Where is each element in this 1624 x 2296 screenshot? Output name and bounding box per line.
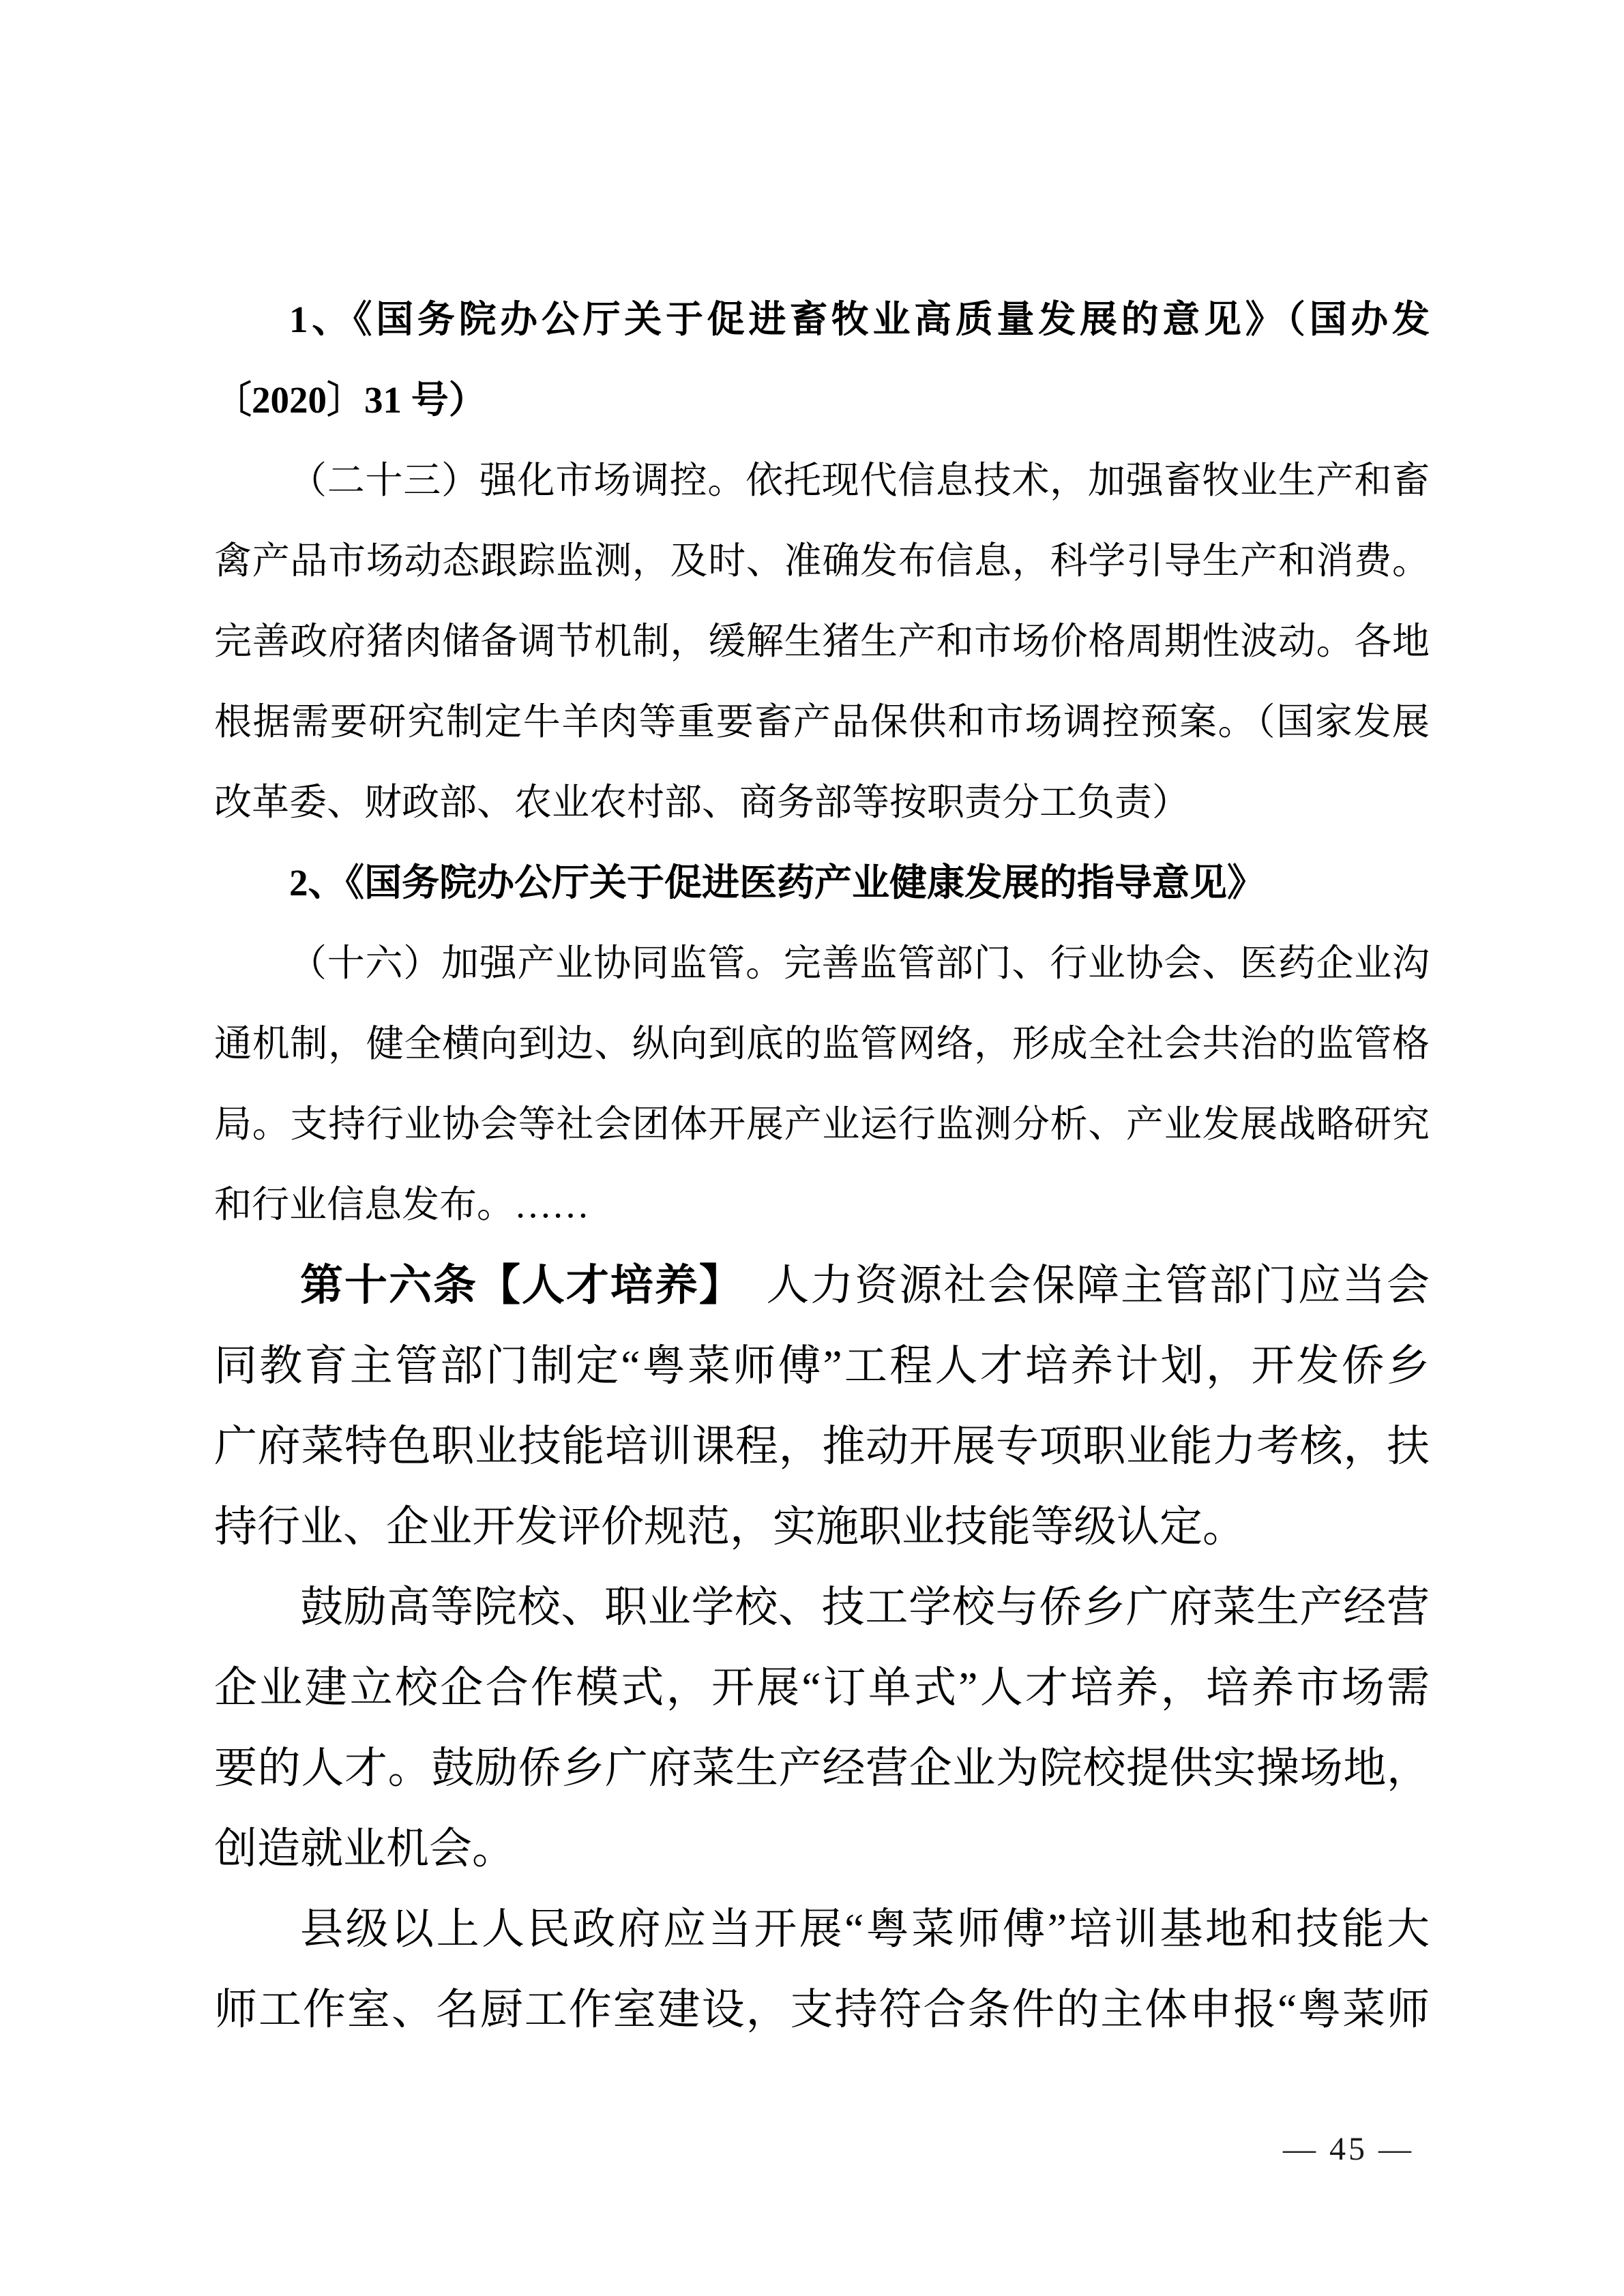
- page-number: — 45 —: [1283, 2129, 1414, 2170]
- text-line: （十六）加强产业协同监管。完善监管部门、行业协会、医药企业沟: [214, 923, 1430, 1004]
- text-line: 广府菜特色职业技能培训课程，推动开展专项职业能力考核，扶: [214, 1406, 1430, 1487]
- text-line: 〔2020〕31 号）: [214, 360, 1430, 441]
- quoted-title-1: 1、《国务院办公厅关于促进畜牧业高质量发展的意见》（国办发 〔2020〕31 号…: [214, 280, 1430, 441]
- text-line: 鼓励高等院校、职业学校、技工学校与侨乡广府菜生产经营: [214, 1567, 1430, 1648]
- quoted-body-2: （十六）加强产业协同监管。完善监管部门、行业协会、医药企业沟 通机制，健全横向到…: [214, 923, 1430, 1245]
- text-line: 第十六条【人才培养】 人力资源社会保障主管部门应当会: [214, 1245, 1430, 1326]
- text-line: 局。支持行业协会等社会团体开展产业运行监测分析、产业发展战略研究: [214, 1084, 1430, 1165]
- article-16-text: 人力资源社会保障主管部门应当会: [722, 1262, 1430, 1309]
- quoted-body-1: （二十三）强化市场调控。依托现代信息技术，加强畜牧业生产和畜 禽产品市场动态跟踪…: [214, 441, 1430, 843]
- text-line: 创造就业机会。: [214, 1808, 1430, 1889]
- article-16-clause: 第十六条【人才培养】 人力资源社会保障主管部门应当会 同教育主管部门制定“粤菜师…: [214, 1245, 1430, 1567]
- text-line: （二十三）强化市场调控。依托现代信息技术，加强畜牧业生产和畜: [214, 441, 1430, 521]
- text-line: 通机制，健全横向到边、纵向到底的监管网络，形成全社会共治的监管格: [214, 1004, 1430, 1084]
- text-line: 师工作室、名厨工作室建设，支持符合条件的主体申报“粤菜师: [214, 1969, 1430, 2050]
- text-line: 1、《国务院办公厅关于促进畜牧业高质量发展的意见》（国办发: [214, 280, 1430, 360]
- text-line: 企业建立校企合作模式，开展“订单式”人才培养，培养市场需: [214, 1648, 1430, 1728]
- text-line: 同教育主管部门制定“粤菜师傅”工程人才培养计划，开发侨乡: [214, 1326, 1430, 1406]
- document-page: 1、《国务院办公厅关于促进畜牧业高质量发展的意见》（国办发 〔2020〕31 号…: [0, 0, 1624, 2296]
- text-line: 根据需要研究制定牛羊肉等重要畜产品保供和市场调控预案。（国家发展: [214, 682, 1430, 762]
- text-line: 2、《国务院办公厅关于促进医药产业健康发展的指导意见》: [214, 843, 1430, 923]
- document-body: 1、《国务院办公厅关于促进畜牧业高质量发展的意见》（国办发 〔2020〕31 号…: [214, 0, 1430, 2050]
- text-line: 和行业信息发布。……: [214, 1165, 1430, 1245]
- article-16-paragraph-3: 县级以上人民政府应当开展“粤菜师傅”培训基地和技能大 师工作室、名厨工作室建设，…: [214, 1889, 1430, 2050]
- text-line: 县级以上人民政府应当开展“粤菜师傅”培训基地和技能大: [214, 1889, 1430, 1969]
- article-16-heading: 第十六条【人才培养】: [300, 1262, 722, 1309]
- text-line: 持行业、企业开发评价规范，实施职业技能等级认定。: [214, 1487, 1430, 1567]
- text-line: 改革委、财政部、农业农村部、商务部等按职责分工负责）: [214, 762, 1430, 843]
- quoted-title-2: 2、《国务院办公厅关于促进医药产业健康发展的指导意见》: [214, 843, 1430, 923]
- text-line: 禽产品市场动态跟踪监测，及时、准确发布信息，科学引导生产和消费。: [214, 521, 1430, 601]
- text-line: 要的人才。鼓励侨乡广府菜生产经营企业为院校提供实操场地，: [214, 1728, 1430, 1808]
- text-line: 完善政府猪肉储备调节机制，缓解生猪生产和市场价格周期性波动。各地: [214, 601, 1430, 682]
- article-16-paragraph-2: 鼓励高等院校、职业学校、技工学校与侨乡广府菜生产经营 企业建立校企合作模式，开展…: [214, 1567, 1430, 1889]
